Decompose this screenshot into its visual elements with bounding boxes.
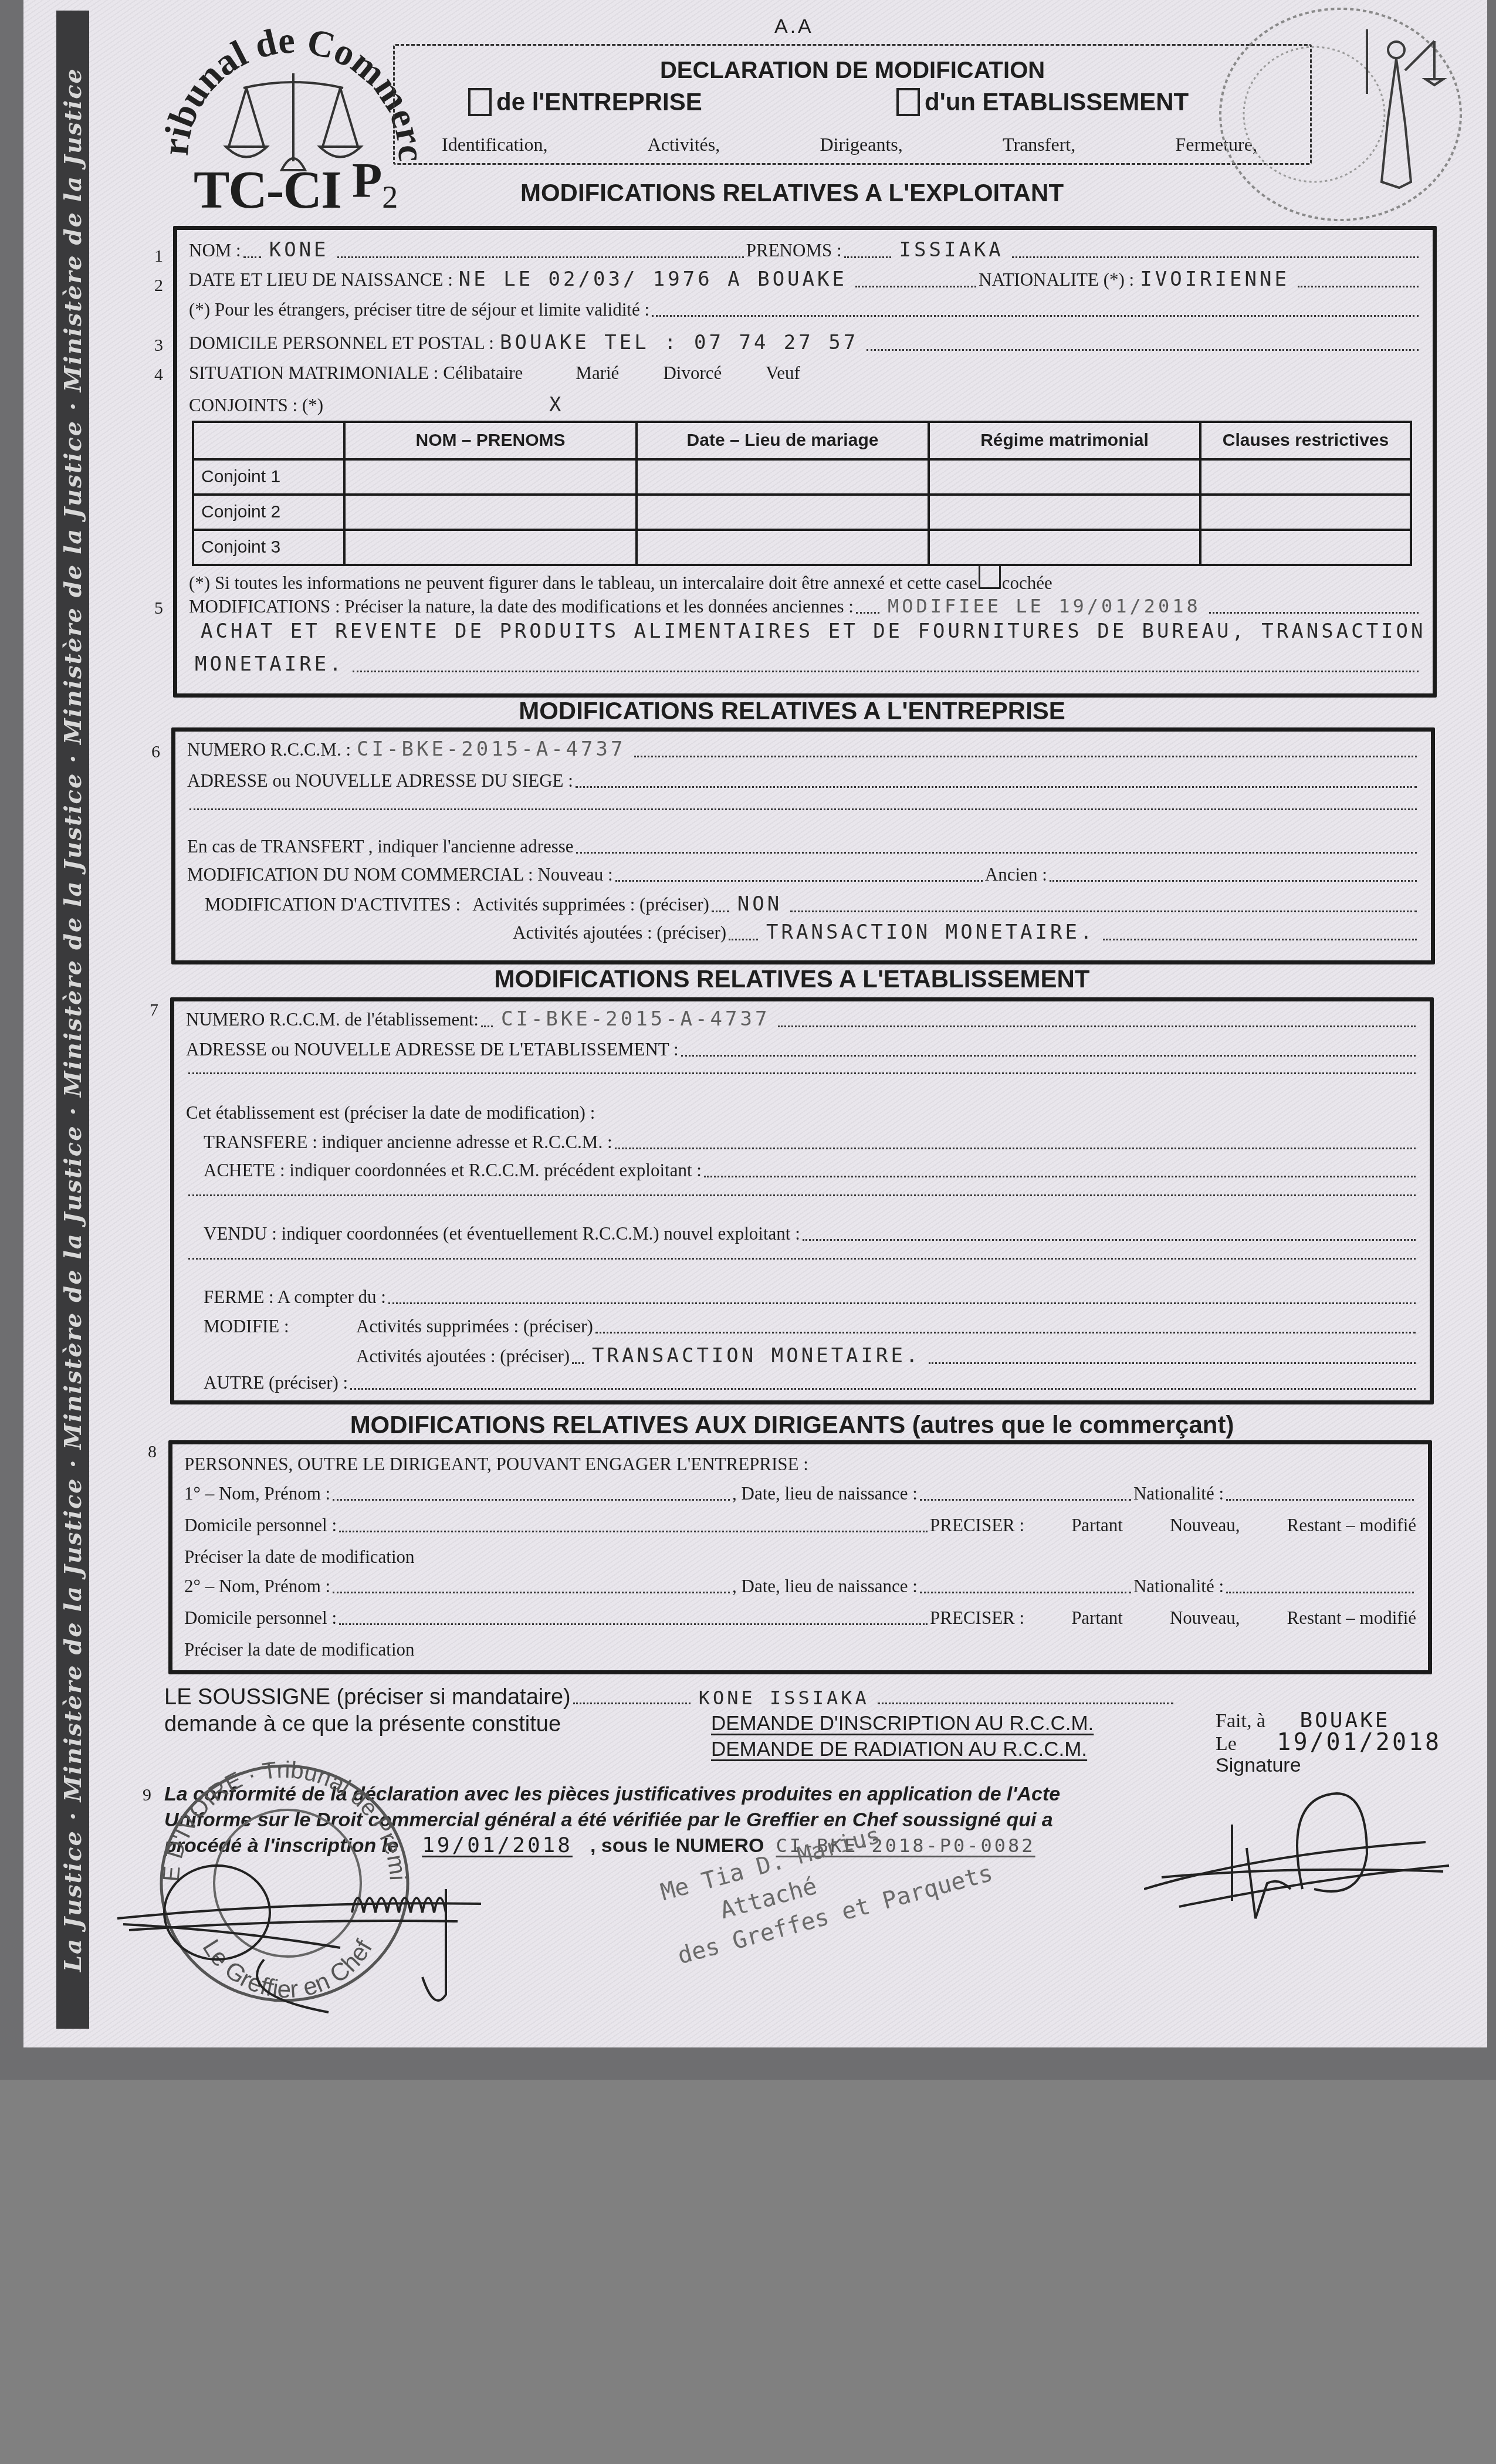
table-header-row: NOM – PRENOMS Date – Lieu de mariage Rég… — [193, 422, 1411, 459]
situation-celibataire[interactable]: Célibataire — [443, 363, 523, 384]
adresse-etab-field-2[interactable] — [188, 1072, 1416, 1074]
etab-supprimees-field[interactable] — [595, 1331, 1416, 1333]
person-1-restant[interactable]: Restant – modifié — [1287, 1515, 1416, 1536]
row-person-2-date: Préciser la date de modification — [184, 1639, 1416, 1660]
row-vendu: VENDU : indiquer coordonnées (et éventue… — [204, 1223, 1418, 1244]
person-2-nationalite-field[interactable] — [1226, 1591, 1414, 1593]
row-adresse-etab-2 — [186, 1072, 1418, 1078]
row-intercalaire: (*) Si toutes les informations ne peuven… — [189, 564, 1421, 594]
etablissement-box: NUMERO R.C.C.M. de l'établissement: CI-B… — [170, 997, 1434, 1404]
person-2-domicile-field[interactable] — [339, 1623, 928, 1625]
greffier-signature — [117, 1842, 645, 2036]
row-personnes: PERSONNES, OUTRE LE DIRIGEANT, POUVANT E… — [184, 1454, 1416, 1475]
row-ferme: FERME : A compter du : — [204, 1287, 1418, 1308]
row-person-1-date: Préciser la date de modification — [184, 1546, 1416, 1568]
category-item: Identification, — [442, 134, 547, 155]
modifications-date[interactable]: MODIFIEE LE 19/01/2018 — [882, 595, 1207, 617]
naissance-field[interactable]: NE LE 02/03/ 1976 A BOUAKE — [453, 268, 853, 291]
person-2-nouveau[interactable]: Nouveau, — [1170, 1607, 1240, 1629]
row-activites-supprimees: MODIFICATION D'ACTIVITES : Activités sup… — [205, 892, 1419, 916]
conjoint-2-nom[interactable] — [344, 495, 637, 530]
category-item: Dirigeants, — [820, 134, 902, 155]
modifications-line2[interactable]: MONETAIRE. — [189, 652, 350, 676]
row-person-1-domicile: Domicile personnel : PRECISER : Partant … — [184, 1515, 1416, 1536]
row-etab-ajoutees: Activités ajoutées : (préciser) TRANSACT… — [356, 1344, 1418, 1368]
ancienne-adresse-field[interactable] — [576, 851, 1417, 854]
row-rccm-etab: NUMERO R.C.C.M. de l'établissement: CI-B… — [186, 1007, 1418, 1031]
row-domicile: DOMICILE PERSONNEL ET POSTAL : BOUAKE TE… — [189, 331, 1421, 354]
category-item: Activités, — [648, 134, 720, 155]
conjoint-1-nom[interactable] — [344, 459, 637, 495]
row-achete: ACHETE : indiquer coordonnées et R.C.C.M… — [204, 1160, 1418, 1181]
transfere-field[interactable] — [615, 1147, 1416, 1149]
etab-ajoutees-field[interactable]: TRANSACTION MONETAIRE. — [586, 1344, 926, 1368]
dirigeants-box: PERSONNES, OUTRE LE DIRIGEANT, POUVANT E… — [168, 1440, 1432, 1674]
conjoints-table: NOM – PRENOMS Date – Lieu de mariage Rég… — [192, 421, 1412, 566]
svg-text:Tribunal de Commerce: Tribunal de Commerce — [141, 12, 432, 163]
person-1-nationalite-field[interactable] — [1226, 1498, 1414, 1501]
row-activites-ajoutees: Activités ajoutées : (préciser) TRANSACT… — [513, 920, 1419, 944]
person-2-naissance-field[interactable] — [920, 1591, 1131, 1593]
option-entreprise[interactable]: de l'ENTREPRISE — [468, 88, 702, 116]
ferme-field[interactable] — [388, 1302, 1416, 1304]
exploitant-box: NOM : KONE PRENOMS : ISSIAKA DATE ET LIE… — [173, 226, 1437, 698]
entreprise-box: NUMERO R.C.C.M. : CI-BKE-2015-A-4737 ADR… — [171, 727, 1435, 964]
declaration-title: DECLARATION DE MODIFICATION — [395, 57, 1310, 84]
demande-inscription-option[interactable]: DEMANDE D'INSCRIPTION AU R.C.C.M. — [711, 1712, 1094, 1735]
modifications-line1[interactable]: ACHAT ET REVENTE DE PRODUITS ALIMENTAIRE… — [189, 620, 1432, 643]
row-adresse-siege-2 — [187, 808, 1419, 814]
conjoint-2-clauses[interactable] — [1200, 495, 1411, 530]
adresse-etab-field[interactable] — [681, 1054, 1416, 1057]
adresse-siege-field-2[interactable] — [189, 808, 1417, 810]
nom-commercial-nouveau-field[interactable] — [615, 879, 983, 882]
soussigne-row: LE SOUSSIGNE (préciser si mandataire) KO… — [164, 1685, 1173, 1710]
table-row: Conjoint 1 — [193, 459, 1411, 495]
person-1-naissance-field[interactable] — [920, 1498, 1131, 1501]
row-nom-commercial: MODIFICATION DU NOM COMMERCIAL : Nouveau… — [187, 864, 1419, 885]
table-row: Conjoint 2 — [193, 495, 1411, 530]
situation-marie[interactable]: Marié — [576, 363, 619, 384]
row-modifie: MODIFIE : Activités supprimées : (précis… — [204, 1316, 1418, 1337]
row-autre: AUTRE (préciser) : — [204, 1372, 1418, 1393]
activites-ajoutees-field[interactable]: TRANSACTION MONETAIRE. — [760, 920, 1101, 944]
row-modifications-line1: ACHAT ET REVENTE DE PRODUITS ALIMENTAIRE… — [189, 620, 1421, 643]
section-title-entreprise: MODIFICATIONS RELATIVES A L'ENTREPRISE — [147, 697, 1437, 725]
situation-divorce[interactable]: Divorcé — [663, 363, 722, 384]
prenoms-field[interactable]: ISSIAKA — [893, 238, 1010, 262]
ministry-spine-band: La Justice · Ministère de la Justice · M… — [56, 11, 89, 2029]
etrangers-field[interactable] — [652, 314, 1419, 317]
person-2-nom-field[interactable] — [333, 1591, 730, 1593]
section-title-dirigeants: MODIFICATIONS RELATIVES AUX DIRIGEANTS (… — [147, 1411, 1437, 1439]
person-2-partant[interactable]: Partant — [1071, 1607, 1123, 1629]
row-adresse-siege: ADRESSE ou NOUVELLE ADRESSE DU SIEGE : — [187, 770, 1419, 791]
rccm-etab-field[interactable]: CI-BKE-2015-A-4737 — [495, 1007, 776, 1031]
row-modifications: MODIFICATIONS : Préciser la nature, la d… — [189, 595, 1421, 617]
category-item: Transfert, — [1003, 134, 1075, 155]
conjoint-3-regime[interactable] — [929, 530, 1200, 565]
conjoint-2-regime[interactable] — [929, 495, 1200, 530]
situation-mark: X — [543, 393, 570, 417]
rccm-field[interactable]: CI-BKE-2015-A-4737 — [351, 737, 631, 761]
adresse-siege-field[interactable] — [576, 786, 1417, 788]
row-naissance: DATE ET LIEU DE NAISSANCE : NE LE 02/03/… — [189, 268, 1421, 291]
fait-date-field[interactable]: 19/01/2018 — [1277, 1729, 1441, 1756]
row-person-2-nom: 2° – Nom, Prénom : , Date, lieu de naiss… — [184, 1576, 1416, 1597]
achete-field[interactable] — [704, 1175, 1416, 1177]
intercalaire-checkbox[interactable] — [979, 564, 1001, 589]
conjoint-1-clauses[interactable] — [1200, 459, 1411, 495]
person-1-partant[interactable]: Partant — [1071, 1515, 1123, 1536]
soussigne-field[interactable]: KONE ISSIAKA — [693, 1687, 875, 1709]
nom-field[interactable]: KONE — [263, 238, 335, 262]
demande-radiation-option[interactable]: DEMANDE DE RADIATION AU R.C.C.M. — [711, 1738, 1087, 1761]
option-etablissement[interactable]: d'un ETABLISSEMENT — [896, 88, 1189, 116]
nom-commercial-ancien-field[interactable] — [1050, 879, 1417, 882]
row-person-1-nom: 1° – Nom, Prénom : , Date, lieu de naiss… — [184, 1483, 1416, 1504]
section-title-exploitant: MODIFICATIONS RELATIVES A L'EXPLOITANT — [147, 179, 1437, 207]
achete-field-2[interactable] — [188, 1194, 1416, 1196]
domicile-field[interactable]: BOUAKE TEL : 07 74 27 57 — [494, 331, 864, 354]
fait-block: Fait, à BOUAKE Le 19/01/2018 Signature — [1216, 1710, 1441, 1776]
autre-field[interactable] — [350, 1387, 1416, 1390]
conjoint-2-mariage[interactable] — [637, 495, 929, 530]
vendu-field-2[interactable] — [188, 1257, 1416, 1260]
row-modifications-line2: MONETAIRE. — [189, 652, 1421, 676]
row-etrangers: (*) Pour les étrangers, préciser titre d… — [189, 299, 1421, 320]
declaration-categories: Identification, Activités, Dirigeants, T… — [442, 134, 1257, 155]
header-mark: A.A — [774, 15, 814, 38]
section-title-etablissement: MODIFICATIONS RELATIVES A L'ETABLISSEMEN… — [147, 965, 1437, 993]
row-person-2-domicile: Domicile personnel : PRECISER : Partant … — [184, 1607, 1416, 1629]
row-etat: Cet établissement est (préciser la date … — [186, 1102, 1418, 1123]
row-situation: SITUATION MATRIMONIALE : Célibataire Mar… — [189, 363, 1421, 384]
spine-text: La Justice · Ministère de la Justice · M… — [59, 67, 87, 1972]
person-1-nouveau[interactable]: Nouveau, — [1170, 1515, 1240, 1536]
person-2-restant[interactable]: Restant – modifié — [1287, 1607, 1416, 1629]
checkbox-entreprise[interactable] — [468, 88, 492, 116]
row-rccm: NUMERO R.C.C.M. : CI-BKE-2015-A-4737 — [187, 737, 1419, 761]
checkbox-etablissement[interactable] — [896, 88, 920, 116]
situation-veuf[interactable]: Veuf — [766, 363, 800, 384]
conjoint-1-mariage[interactable] — [637, 459, 929, 495]
nationalite-field[interactable]: IVOIRIENNE — [1134, 268, 1295, 291]
activites-supprimees-field[interactable]: NON — [732, 892, 788, 916]
person-1-domicile-field[interactable] — [339, 1530, 928, 1532]
declaration-box: DECLARATION DE MODIFICATION de l'ENTREPR… — [393, 44, 1312, 165]
row-nom: NOM : KONE PRENOMS : ISSIAKA — [189, 238, 1421, 262]
declarant-signature — [1144, 1783, 1461, 1936]
conjoint-3-clauses[interactable] — [1200, 530, 1411, 565]
row-achete-2 — [186, 1194, 1418, 1200]
row-adresse-etab: ADRESSE ou NOUVELLE ADRESSE DE L'ETABLIS… — [186, 1039, 1418, 1060]
row-transfert: En cas de TRANSFERT , indiquer l'ancienn… — [187, 836, 1419, 857]
vendu-field[interactable] — [803, 1238, 1416, 1241]
table-row: Conjoint 3 — [193, 530, 1411, 565]
row-vendu-2 — [186, 1257, 1418, 1263]
conjoint-1-regime[interactable] — [929, 459, 1200, 495]
row-conjoints: CONJOINTS : (*) X — [189, 393, 1421, 417]
person-1-nom-field[interactable] — [333, 1498, 730, 1501]
conjoint-3-nom[interactable] — [344, 530, 637, 565]
conjoint-3-mariage[interactable] — [637, 530, 929, 565]
row-transfere: TRANSFERE : indiquer ancienne adresse et… — [204, 1132, 1418, 1153]
